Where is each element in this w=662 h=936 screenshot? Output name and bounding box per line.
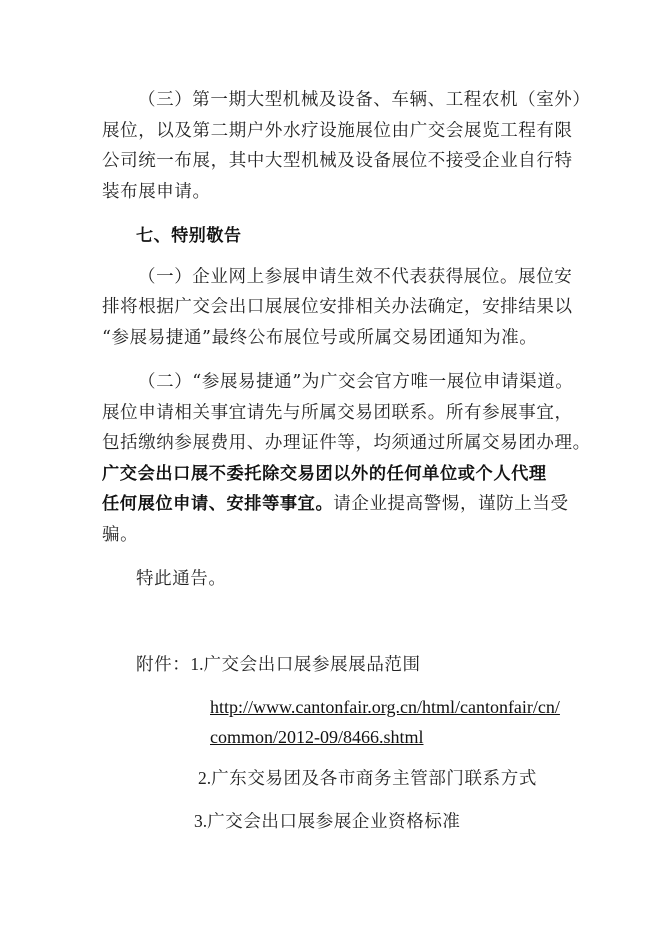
attachment-1-url-line-2-wrap: common/2012-09/8466.shtml [210,725,424,750]
attachment-1-url-link-line-1[interactable]: http://www.cantonfair.org.cn/html/canton… [210,697,560,717]
item2-line-2: 展位申请相关事宜请先与所属交易团联系。所有参展事宜， [102,401,573,425]
item2-last-line: 骗。 [102,523,138,547]
item2-bold-line-1: 广交会出口展不委托除交易团以外的任何单位或个人代理 [102,462,547,486]
attachment-3-number: 3. [194,811,207,831]
attachment-2-number: 2. [198,768,211,788]
attachment-item-3: 3.广交会出口展参展企业资格标准 [194,809,461,834]
para3-line-1: （三）第一期大型机械及设备、车辆、工程农机（室外） [138,88,591,112]
para3-line-2: 展位，以及第二期户外水疗设施展位由广交会展览工程有限 [102,119,573,143]
item2-mixed-line: 任何展位申请、安排等事宜。请企业提高警惕，谨防上当受 [102,492,569,516]
closing-text: 特此通告。 [136,567,227,591]
attachment-1-title: 广交会出口展参展展品范围 [203,655,420,675]
item2-line-1: （二）“参展易捷通”为广交会官方唯一展位申请渠道。 [138,370,573,394]
para3-line-4: 装布展申请。 [102,180,211,204]
attachment-1-number: 1. [190,654,203,674]
item1-line-2: 排将根据广交会出口展展位安排相关办法确定，安排结果以 [102,295,573,319]
attachment-1-url-link-line-2[interactable]: common/2012-09/8466.shtml [210,727,424,747]
attachments-label: 附件： [136,655,190,675]
item2-line-3: 包括缴纳参展费用、办理证件等，均须通过所属交易团办理。 [102,431,591,455]
item2-normal-tail: 请企业提高警惕，谨防上当受 [333,494,568,514]
attachment-2-title: 广东交易团及各市商务主管部门联系方式 [211,769,537,789]
attachment-item-1: 附件：1.广交会出口展参展展品范围 [136,652,421,677]
attachment-3-title: 广交会出口展参展企业资格标准 [207,812,460,832]
item2-bold-line-2: 任何展位申请、安排等事宜。 [102,494,333,514]
section-heading: 七、特别敬告 [136,224,242,248]
attachment-item-2: 2.广东交易团及各市商务主管部门联系方式 [198,766,537,791]
item1-line-1: （一）企业网上参展申请生效不代表获得展位。展位安 [138,265,572,289]
item1-line-3: “参展易捷通”最终公布展位号或所属交易团通知为准。 [102,326,537,350]
attachment-1-url-line-1-wrap: http://www.cantonfair.org.cn/html/canton… [210,695,560,720]
para3-line-3: 公司统一布展，其中大型机械及设备展位不接受企业自行特 [102,149,573,173]
